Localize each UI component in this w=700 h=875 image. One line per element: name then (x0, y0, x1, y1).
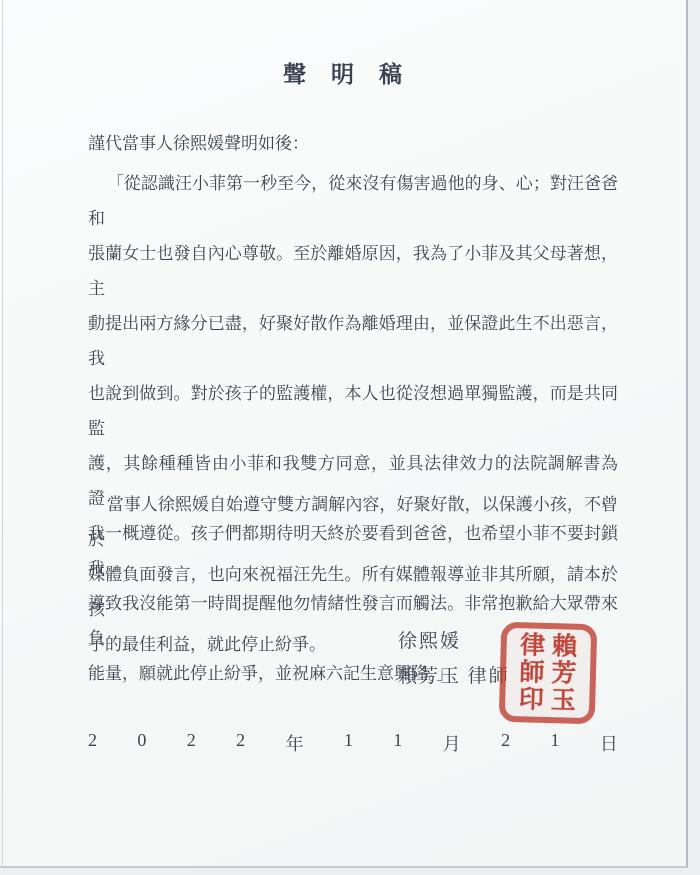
paragraph-line: 當事人徐熙媛自始遵守雙方調解內容，好聚好散，以保護小孩，不曾於 (88, 487, 618, 557)
signature-party-name: 徐熙媛 (398, 626, 461, 653)
date-char: 日 (600, 730, 618, 756)
paragraph-line: 動提出兩方緣分已盡，好聚好散作為離婚理由，並保證此生不出惡言，我 (88, 306, 618, 376)
lawyer-seal-stamp: 賴芳玉 律師印 (499, 622, 598, 724)
date-char: 2 (501, 730, 510, 756)
date-char: 2 (88, 730, 97, 756)
paragraph-line: 也說到做到。對於孩子的監護權，本人也從沒想過單獨監護，而是共同監 (88, 376, 618, 446)
date-char: 1 (551, 730, 560, 756)
date-char: 年 (286, 730, 304, 756)
date-char: 1 (344, 730, 353, 756)
signature-lawyer-name: 賴芳玉 律師 (398, 661, 510, 688)
intro-line: 謹代當事人徐熙媛聲明如後： (88, 129, 309, 154)
seal-text-left-column: 律師印 (517, 632, 546, 714)
date-char: 2 (236, 730, 245, 756)
page-title: 聲 明 稿 (0, 56, 686, 89)
paragraph-line: 媒體負面發言，也向來祝福汪先生。所有媒體報導並非其所願，請本於孩 (88, 557, 618, 627)
seal-text-right-column: 賴芳玉 (549, 633, 578, 715)
date-line: 2 0 2 2 年 1 1 月 2 1 日 (88, 730, 618, 756)
seal-border: 賴芳玉 律師印 (499, 622, 598, 724)
date-char: 1 (393, 730, 402, 756)
date-char: 月 (443, 730, 461, 756)
date-char: 0 (137, 730, 146, 756)
date-char: 2 (187, 730, 196, 756)
document-page: 聲 明 稿 謹代當事人徐熙媛聲明如後： 「從認識汪小菲第一秒至今，從來沒有傷害過… (0, 0, 688, 868)
paragraph-line: 張蘭女士也發自內心尊敬。至於離婚原因，我為了小菲及其父母著想，主 (88, 236, 618, 306)
paragraph-line: 「從認識汪小菲第一秒至今，從來沒有傷害過他的身、心；對汪爸爸和 (88, 166, 618, 236)
